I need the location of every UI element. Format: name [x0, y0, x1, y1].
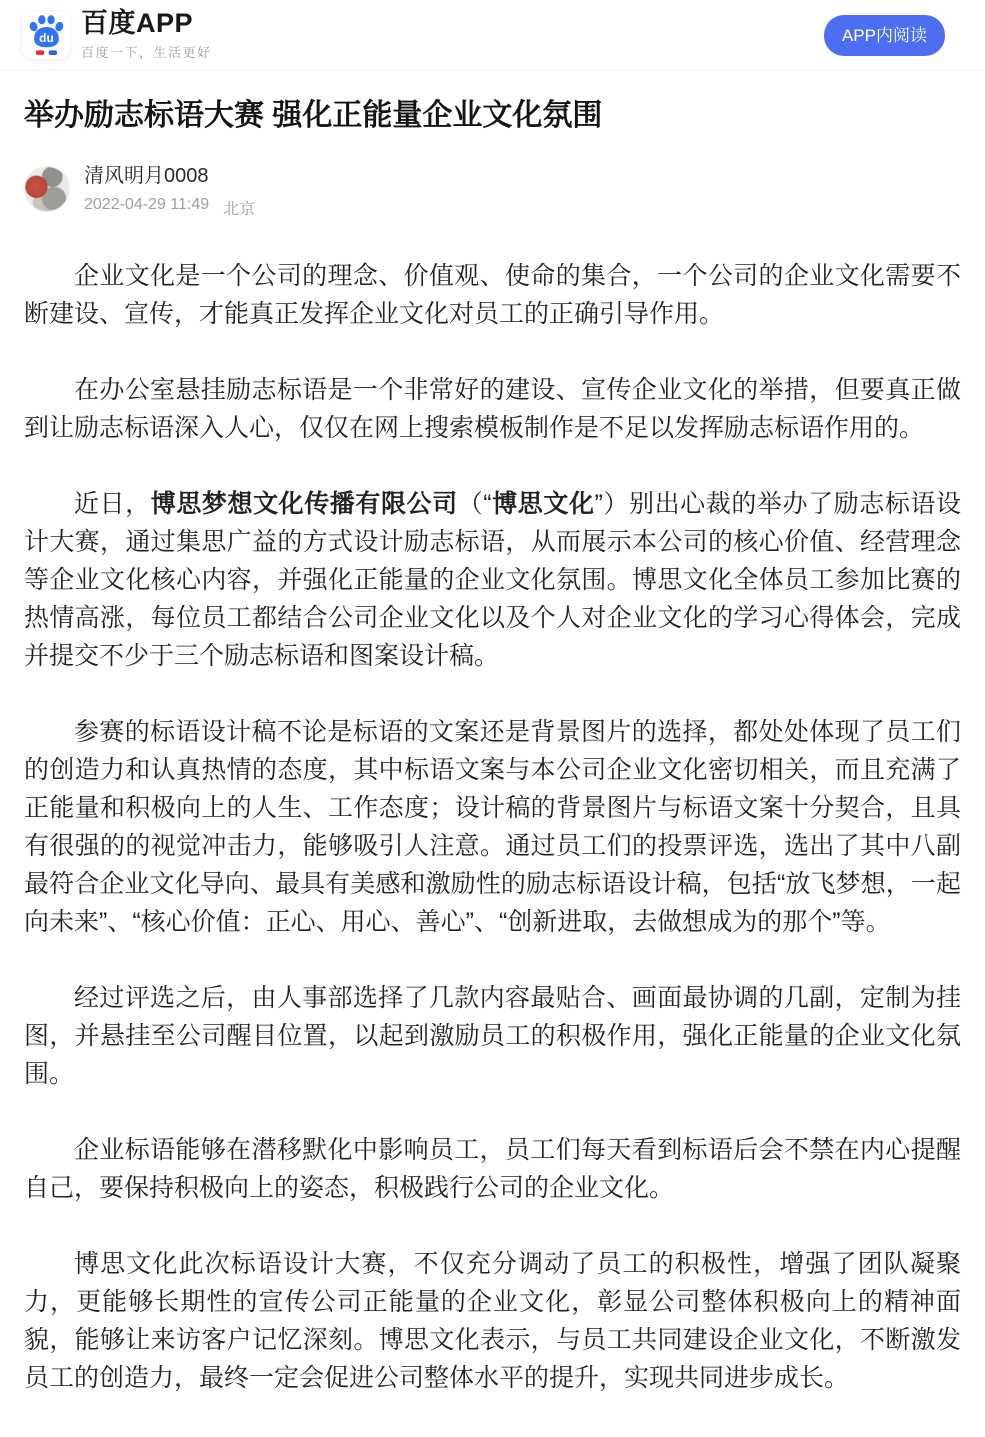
baidu-logo[interactable]: du	[22, 11, 70, 59]
publish-location: 北京	[223, 196, 255, 219]
author-meta: 2022-04-29 11:49 北京	[84, 196, 255, 219]
paragraph-run: 经过评选之后，由人事部选择了几款内容最贴合、画面最协调的几副，定制为挂图，并悬挂…	[24, 984, 961, 1088]
article-paragraph: 企业文化是一个公司的理念、价值观、使命的集合，一个公司的企业文化需要不断建设、宣…	[24, 257, 961, 333]
author-avatar[interactable]	[24, 166, 70, 212]
article-paragraph: 在办公室悬挂励志标语是一个非常好的建设、宣传企业文化的举措，但要真正做到让励志标…	[24, 371, 961, 447]
baidu-paw-icon: du	[24, 11, 68, 59]
article-paragraph: 近日，博思梦想文化传播有限公司（“博思文化”）别出心裁的举办了励志标语设计大赛，…	[24, 485, 961, 675]
publish-date: 2022-04-29 11:49	[84, 196, 209, 219]
brand-name: 百度APP	[81, 9, 212, 39]
brand-tagline: 百度一下，生活更好	[81, 42, 212, 61]
svg-text:du: du	[39, 31, 54, 45]
paragraph-run: 参赛的标语设计稿不论是标语的文案还是背景图片的选择，都处处体现了员工们的创造力和…	[24, 718, 961, 936]
paragraph-run: 近日，	[74, 490, 151, 518]
paragraph-bold-run: 博思梦想文化传播有限公司	[151, 490, 458, 518]
brand-block: 百度APP 百度一下，生活更好	[81, 9, 212, 62]
article-paragraph: 经过评选之后，由人事部选择了几款内容最贴合、画面最协调的几副，定制为挂图，并悬挂…	[24, 979, 961, 1093]
article-paragraph: 参赛的标语设计稿不论是标语的文案还是背景图片的选择，都处处体现了员工们的创造力和…	[24, 713, 961, 941]
app-header: du 百度APP 百度一下，生活更好 APP内阅读	[0, 0, 985, 71]
author-name[interactable]: 清风明月0008	[84, 159, 255, 188]
article-content: 企业文化是一个公司的理念、价值观、使命的集合，一个公司的企业文化需要不断建设、宣…	[24, 257, 961, 1397]
paragraph-run: 博思文化此次标语设计大赛，不仅充分调动了员工的积极性，增强了团队凝聚力，更能够长…	[24, 1250, 961, 1392]
article: 举办励志标语大赛 强化正能量企业文化氛围 清风明月0008 2022-04-29…	[0, 95, 985, 1397]
article-title: 举办励志标语大赛 强化正能量企业文化氛围	[24, 95, 961, 137]
paragraph-run: 在办公室悬挂励志标语是一个非常好的建设、宣传企业文化的举措，但要真正做到让励志标…	[24, 376, 961, 442]
read-in-app-button[interactable]: APP内阅读	[824, 15, 945, 56]
paragraph-bold-run: 博思文化	[492, 490, 595, 518]
author-row: 清风明月0008 2022-04-29 11:49 北京	[24, 159, 961, 219]
paragraph-run: 企业标语能够在潜移默化中影响员工，员工们每天看到标语后会不禁在内心提醒自己，要保…	[24, 1136, 961, 1202]
author-info: 清风明月0008 2022-04-29 11:49 北京	[84, 159, 255, 219]
paragraph-run: 企业文化是一个公司的理念、价值观、使命的集合，一个公司的企业文化需要不断建设、宣…	[24, 262, 961, 328]
paragraph-run: （“	[458, 490, 492, 518]
article-paragraph: 博思文化此次标语设计大赛，不仅充分调动了员工的积极性，增强了团队凝聚力，更能够长…	[24, 1245, 961, 1397]
article-paragraph: 企业标语能够在潜移默化中影响员工，员工们每天看到标语后会不禁在内心提醒自己，要保…	[24, 1131, 961, 1207]
